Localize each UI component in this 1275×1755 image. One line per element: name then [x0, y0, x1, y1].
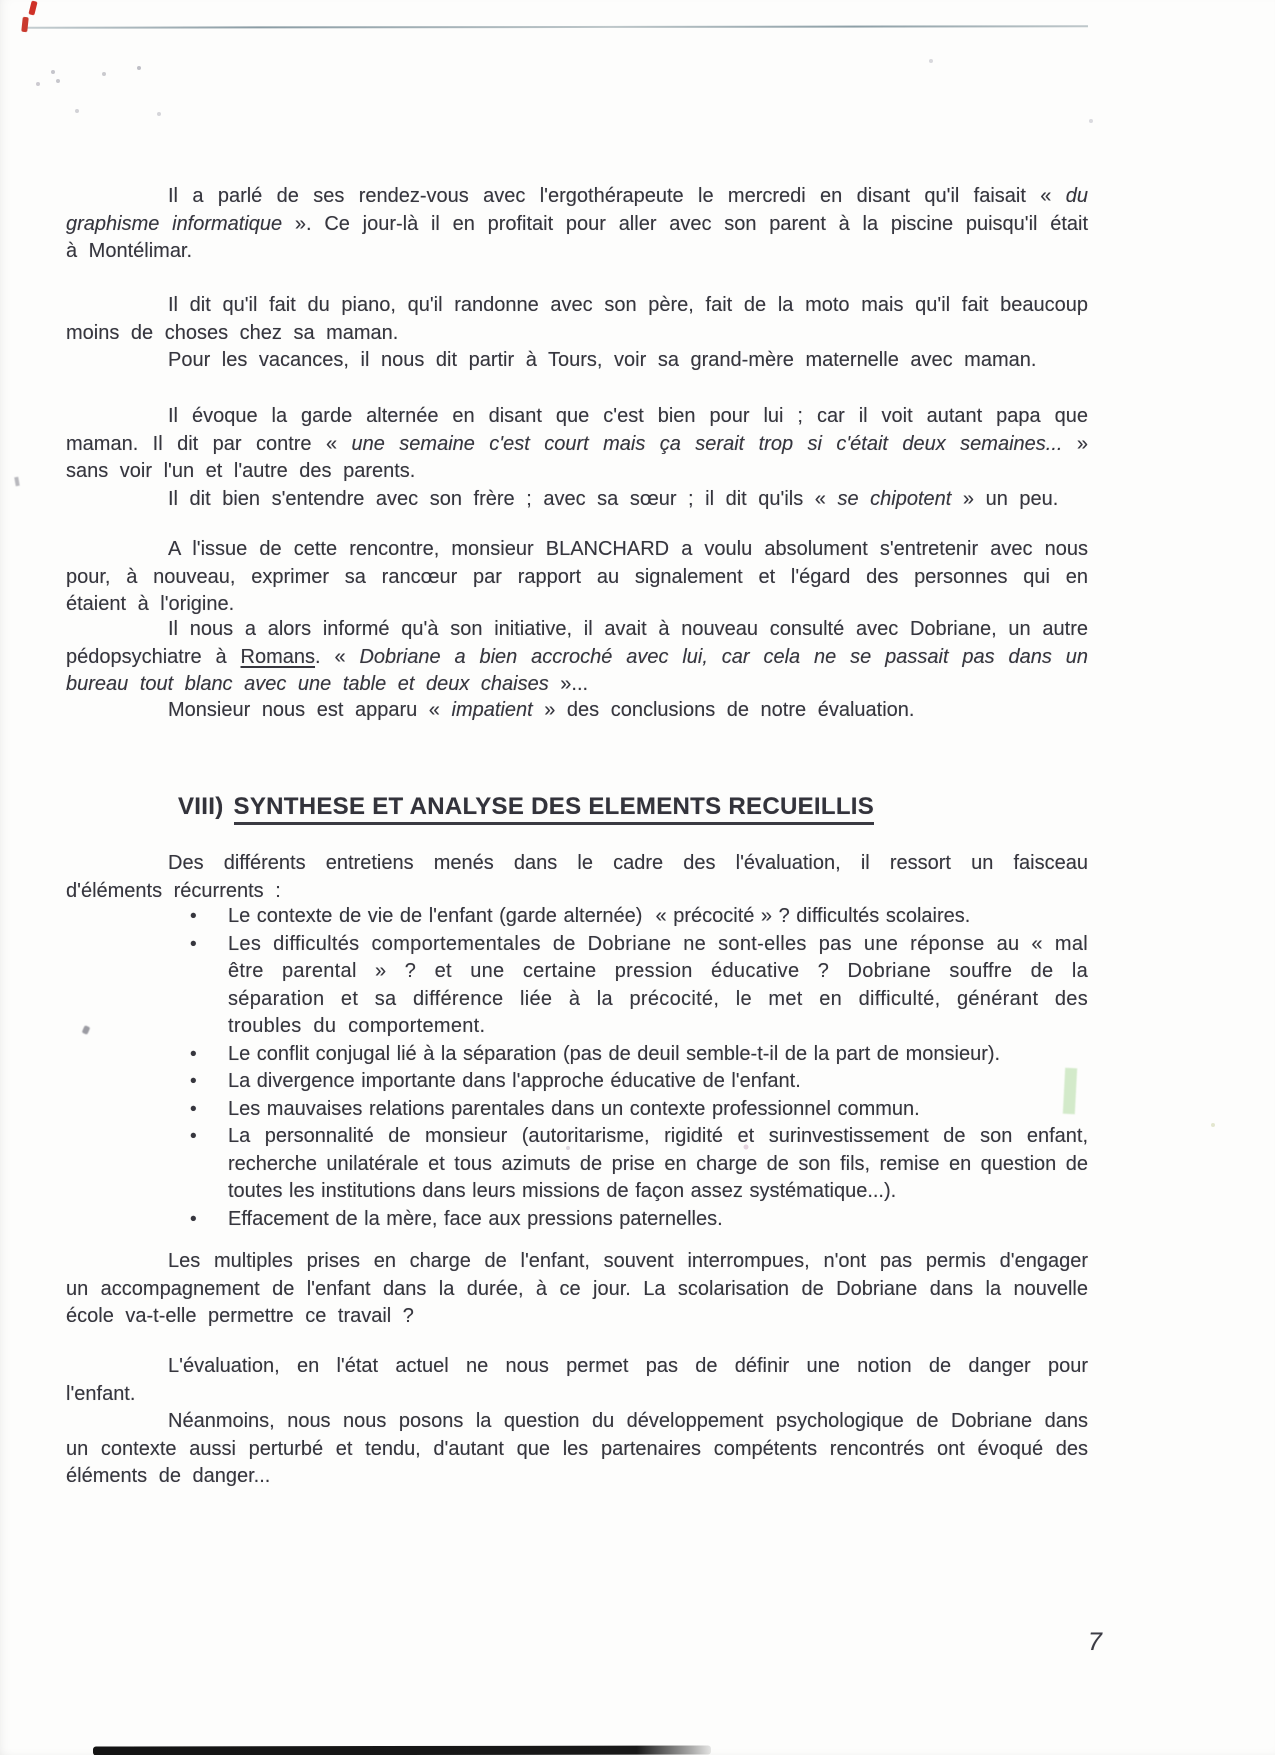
bullet-text: Effacement de la mère, face aux pression…	[228, 1208, 723, 1230]
scan-speckles	[0, 0, 2, 2]
paragraph-prises-en-charge: Les multiples prises en charge de l'enfa…	[66, 1248, 1088, 1331]
section-heading-synthese: VIII)SYNTHESE ET ANALYSE DES ELEMENTS RE…	[178, 793, 874, 825]
text-run-italic: impatient	[452, 699, 533, 721]
bullet-relations-parentales: Les mauvaises relations parentales dans …	[190, 1096, 1088, 1124]
red-pen-mark	[28, 0, 37, 15]
section-number: VIII)	[178, 793, 224, 820]
bullet-divergence-educative: La divergence importante dans l'approche…	[190, 1068, 1088, 1096]
paragraph-evaluation-danger: L'évaluation, en l'état actuel ne nous p…	[66, 1353, 1088, 1408]
text-run-italic: une semaine c'est court mais ça serait t…	[352, 433, 1063, 455]
text-run: »...	[549, 673, 588, 695]
bullet-text: La divergence importante dans l'approche…	[228, 1070, 801, 1092]
bullet-difficultes-comportementales: Les difficultés comportementales de Dobr…	[190, 931, 1088, 1041]
text-run: » un peu.	[951, 488, 1058, 510]
bullet-personnalite-monsieur: La personnalité de monsieur (autoritaris…	[190, 1123, 1088, 1206]
paragraph-vacances: Pour les vacances, il nous dit partir à …	[66, 347, 1088, 375]
paragraph-ergotherapeute: Il a parlé de ses rendez-vous avec l'erg…	[66, 183, 1088, 266]
bullet-effacement-mere: Effacement de la mère, face aux pression…	[190, 1206, 1088, 1234]
text-run: Il dit bien s'entendre avec son frère ; …	[168, 488, 837, 510]
text-run: Il a parlé de ses rendez-vous avec l'erg…	[168, 185, 1066, 207]
paragraph-elements-recurrents: Des différents entretiens menés dans le …	[66, 850, 1088, 905]
bullet-conflit-conjugal: Le conflit conjugal lié à la séparation …	[190, 1041, 1088, 1069]
text-run: Monsieur nous est apparu «	[168, 699, 452, 721]
section-title: SYNTHESE ET ANALYSE DES ELEMENTS RECUEIL…	[234, 793, 875, 825]
bullet-text: Le conflit conjugal lié à la séparation …	[228, 1043, 1000, 1065]
paragraph-fratrie: Il dit bien s'entendre avec son frère ; …	[66, 486, 1088, 514]
scanned-document-page: Il a parlé de ses rendez-vous avec l'erg…	[0, 0, 1275, 1755]
scan-bottom-band	[93, 1745, 711, 1755]
paragraph-rencontre-blanchard: A l'issue de cette rencontre, monsieur B…	[66, 536, 1088, 619]
bullet-text: Le contexte de vie de l'enfant (garde al…	[228, 905, 970, 927]
scan-smudge	[82, 1025, 91, 1035]
paragraph-neanmoins: Néanmoins, nous nous posons la question …	[66, 1408, 1088, 1491]
text-run: » des conclusions de notre évaluation.	[533, 699, 915, 721]
text-run-underline: Romans	[241, 646, 315, 668]
page-number: 7	[1088, 1628, 1102, 1657]
text-run: . «	[315, 646, 359, 668]
paragraph-activites: Il dit qu'il fait du piano, qu'il randon…	[66, 292, 1088, 347]
bullet-text: La personnalité de monsieur (autoritaris…	[228, 1125, 1088, 1202]
text-run-italic: se chipotent	[837, 488, 951, 510]
paragraph-pedopsychiatre: Il nous a alors informé qu'à son initiat…	[66, 616, 1088, 699]
scan-smudge	[14, 477, 20, 487]
bullet-contexte-de-vie: Le contexte de vie de l'enfant (garde al…	[190, 903, 1088, 931]
red-pen-mark	[21, 17, 29, 33]
scan-top-line	[25, 25, 1088, 28]
paragraph-garde-alternee: Il évoque la garde alternée en disant qu…	[66, 403, 1088, 486]
bullet-text: Les mauvaises relations parentales dans …	[228, 1098, 920, 1120]
bullet-text: Les difficultés comportementales de Dobr…	[228, 933, 1088, 1038]
synthesis-bullet-list: Le contexte de vie de l'enfant (garde al…	[190, 903, 1088, 1233]
paragraph-impatient: Monsieur nous est apparu « impatient » d…	[66, 697, 1088, 725]
